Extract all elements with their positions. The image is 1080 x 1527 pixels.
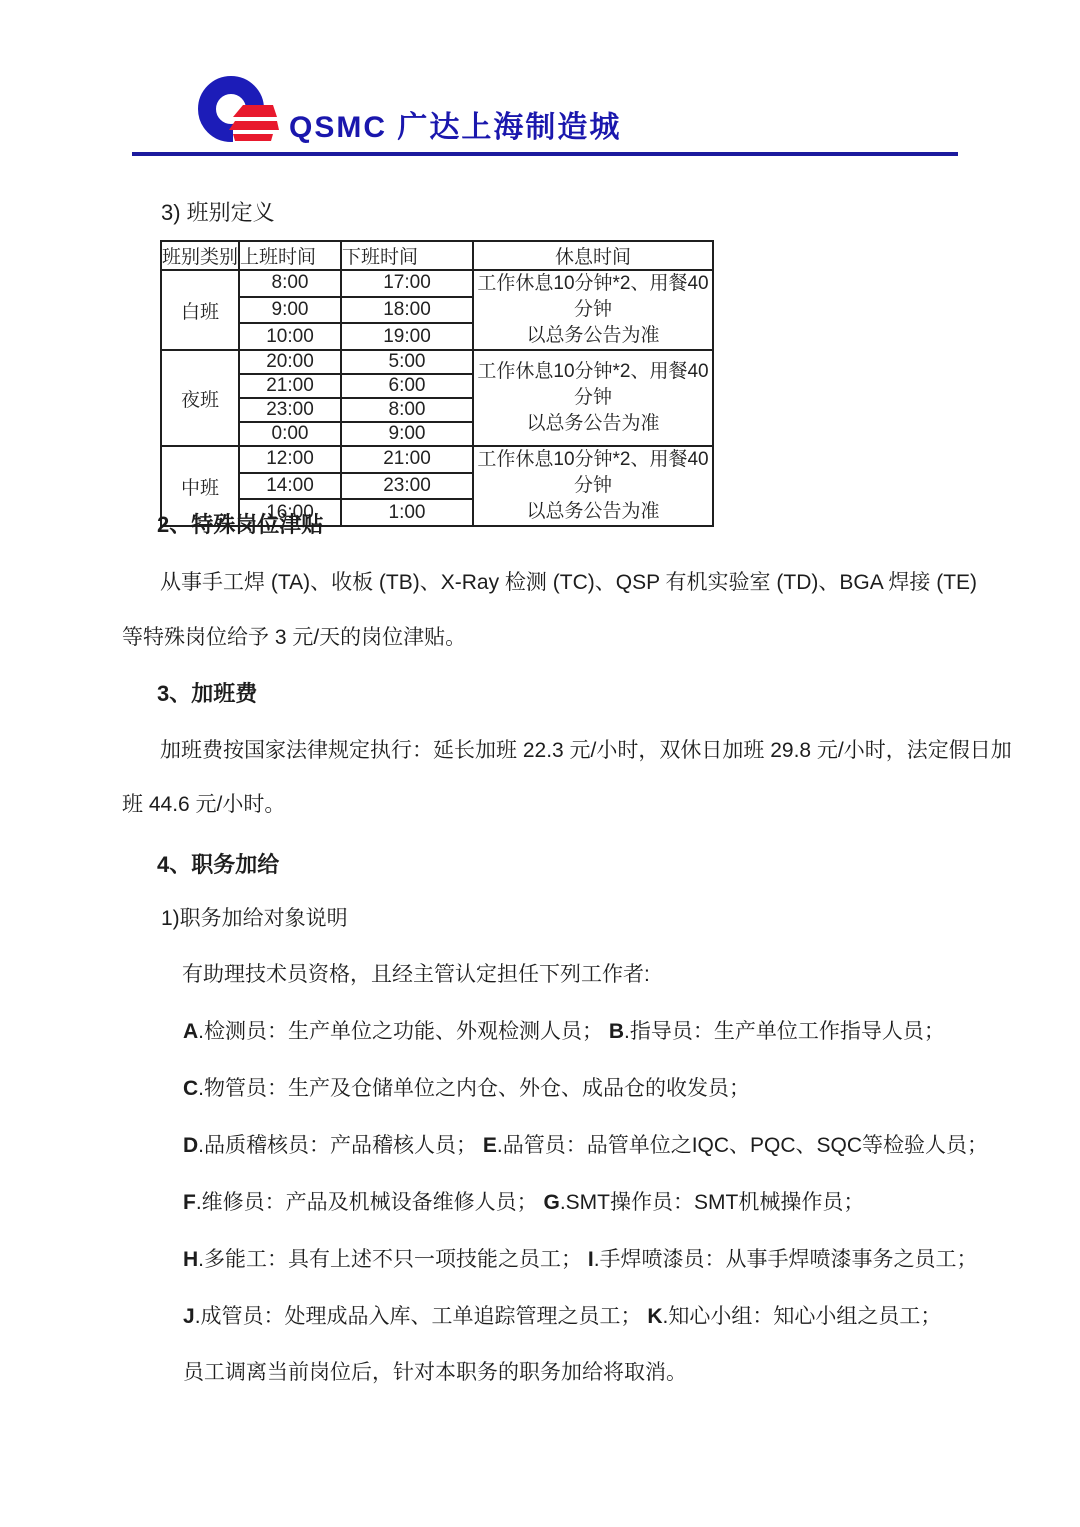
rest-time-cell: 工作休息10分钟*2、用餐40分钟 以总务公告为准: [473, 270, 713, 350]
document-page: QSMC 广达上海制造城 3) 班别定义 班别类别 上班时间 下班时间 休息时间…: [0, 0, 1080, 1527]
rest-line-1: 工作休息10分钟*2、用餐40分钟: [474, 359, 712, 411]
allowance-line-1: 从事手工焊 (TA)、收板 (TB)、X-Ray 检测 (TC)、QSP 有机实…: [160, 571, 977, 596]
end-time-cell: 21:00: [341, 446, 473, 473]
item-letter: K: [647, 1305, 662, 1328]
rest-time-cell: 工作休息10分钟*2、用餐40分钟 以总务公告为准: [473, 446, 713, 526]
rest-line-1: 工作休息10分钟*2、用餐40分钟: [474, 447, 712, 499]
end-time-cell: 6:00: [341, 374, 473, 398]
item-letter: B: [609, 1020, 624, 1043]
item-text: .物管员：生产及仓储单位之内仓、外仓、成品仓的收发员；: [198, 1077, 750, 1100]
item-letter: F: [183, 1191, 196, 1214]
item-text: .维修员：产品及机械设备维修人员；: [196, 1191, 544, 1214]
rest-line-2: 以总务公告为准: [474, 323, 712, 349]
col-header-end-time: 下班时间: [341, 241, 473, 270]
item-text: .检测员：生产单位之功能、外观检测人员；: [198, 1020, 609, 1043]
duty-note: 员工调离当前岗位后，针对本职务的职务加给将取消。: [183, 1361, 687, 1386]
start-time-cell: 8:00: [239, 270, 341, 297]
item-letter: G: [544, 1191, 560, 1214]
start-time-cell: 21:00: [239, 374, 341, 398]
overtime-heading: 3、加班费: [157, 681, 257, 707]
overtime-line-2: 班 44.6 元/小时。: [122, 793, 285, 818]
shift-section-title: 3) 班别定义: [161, 200, 275, 226]
start-time-cell: 14:00: [239, 473, 341, 500]
col-header-start-time: 上班时间: [239, 241, 341, 270]
allowance-line-2: 等特殊岗位给予 3 元/天的岗位津贴。: [122, 626, 466, 651]
item-text: .多能工：具有上述不只一项技能之员工；: [198, 1248, 588, 1271]
start-time-cell: 23:00: [239, 398, 341, 422]
item-letter: J: [183, 1305, 195, 1328]
end-time-cell: 9:00: [341, 422, 473, 446]
table-row: 夜班 20:00 5:00 工作休息10分钟*2、用餐40分钟 以总务公告为准: [161, 350, 713, 374]
header-rule: [132, 152, 958, 156]
item-letter: H: [183, 1248, 198, 1271]
company-logo-icon: [193, 73, 281, 149]
item-letter: D: [183, 1134, 198, 1157]
rest-line-1: 工作休息10分钟*2、用餐40分钟: [474, 271, 712, 323]
allowance-heading: 2、特殊岗位津贴: [157, 512, 323, 538]
item-text: .指导员：生产单位工作指导人员；: [624, 1020, 945, 1043]
rest-time-cell: 工作休息10分钟*2、用餐40分钟 以总务公告为准: [473, 350, 713, 446]
table-row: 白班 8:00 17:00 工作休息10分钟*2、用餐40分钟 以总务公告为准: [161, 270, 713, 297]
end-time-cell: 1:00: [341, 499, 473, 526]
item-text: .品管员：品管单位之IQC、PQC、SQC等检验人员；: [497, 1134, 988, 1157]
table-header-row: 班别类别 上班时间 下班时间 休息时间: [161, 241, 713, 270]
duty-item-ab: A.检测员：生产单位之功能、外观检测人员； B.指导员：生产单位工作指导人员；: [183, 1020, 945, 1045]
shift-name-cell: 夜班: [161, 350, 239, 446]
shift-table: 班别类别 上班时间 下班时间 休息时间 白班 8:00 17:00 工作休息10…: [160, 240, 714, 527]
overtime-line-1: 加班费按国家法律规定执行：延长加班 22.3 元/小时，双休日加班 29.8 元…: [160, 739, 1012, 764]
table-row: 中班 12:00 21:00 工作休息10分钟*2、用餐40分钟 以总务公告为准: [161, 446, 713, 473]
duty-item-c: C.物管员：生产及仓储单位之内仓、外仓、成品仓的收发员；: [183, 1077, 750, 1102]
item-text: .成管员：处理成品入库、工单追踪管理之员工；: [195, 1305, 648, 1328]
brand-text: QSMC 广达上海制造城: [289, 110, 621, 145]
item-text: .手焊喷漆员：从事手焊喷漆事务之员工；: [594, 1248, 978, 1271]
duty-item-de: D.品质稽核员：产品稽核人员； E.品管员：品管单位之IQC、PQC、SQC等检…: [183, 1134, 988, 1159]
end-time-cell: 17:00: [341, 270, 473, 297]
start-time-cell: 12:00: [239, 446, 341, 473]
duty-heading: 4、职务加给: [157, 852, 279, 878]
end-time-cell: 23:00: [341, 473, 473, 500]
col-header-rest-time: 休息时间: [473, 241, 713, 270]
start-time-cell: 10:00: [239, 323, 341, 350]
start-time-cell: 0:00: [239, 422, 341, 446]
duty-item-hi: H.多能工：具有上述不只一项技能之员工； I.手焊喷漆员：从事手焊喷漆事务之员工…: [183, 1248, 978, 1273]
col-header-shift-type: 班别类别: [161, 241, 239, 270]
end-time-cell: 18:00: [341, 297, 473, 324]
rest-line-2: 以总务公告为准: [474, 411, 712, 437]
end-time-cell: 5:00: [341, 350, 473, 374]
item-letter: A: [183, 1020, 198, 1043]
item-letter: E: [483, 1134, 497, 1157]
item-text: .品质稽核员：产品稽核人员；: [198, 1134, 483, 1157]
duty-item-jk: J.成管员：处理成品入库、工单追踪管理之员工； K.知心小组：知心小组之员工；: [183, 1305, 941, 1330]
duty-subheading: 1)职务加给对象说明: [161, 907, 348, 932]
shift-name-cell: 白班: [161, 270, 239, 350]
duty-item-fg: F.维修员：产品及机械设备维修人员； G.SMT操作员：SMT机械操作员；: [183, 1191, 864, 1216]
start-time-cell: 9:00: [239, 297, 341, 324]
item-letter: C: [183, 1077, 198, 1100]
start-time-cell: 20:00: [239, 350, 341, 374]
end-time-cell: 8:00: [341, 398, 473, 422]
end-time-cell: 19:00: [341, 323, 473, 350]
rest-line-2: 以总务公告为准: [474, 499, 712, 525]
item-text: .知心小组：知心小组之员工；: [663, 1305, 942, 1328]
item-text: .SMT操作员：SMT机械操作员；: [560, 1191, 865, 1214]
duty-intro: 有助理技术员资格，且经主管认定担任下列工作者:: [182, 963, 650, 988]
